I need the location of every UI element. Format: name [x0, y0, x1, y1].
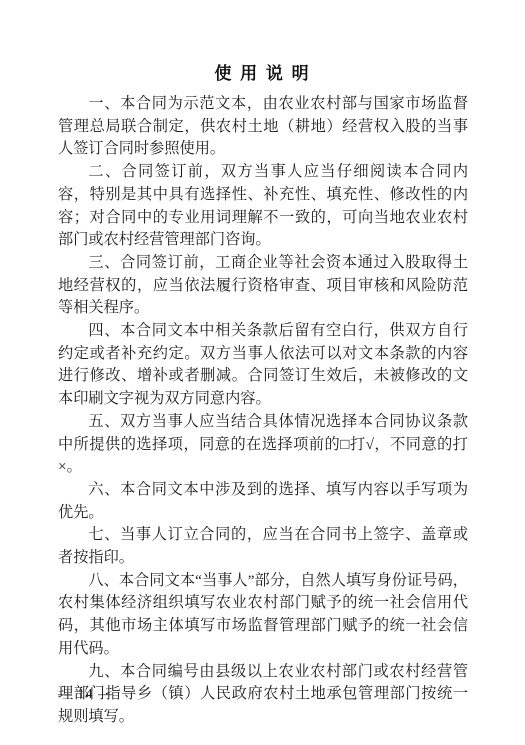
instruction-paragraph-2: 二、合同签订前，双方当事人应当仔细阅读本合同内容，特别是其中具有选择性、补充性、… — [58, 161, 468, 252]
instruction-paragraph-7: 七、当事人订立合同的，应当在合同书上签字、盖章或者按指印。 — [58, 524, 468, 569]
instruction-paragraph-4: 四、本合同文本中相关条款后留有空白行，供双方自行约定或者补充约定。双方当事人依法… — [58, 320, 468, 411]
instruction-paragraph-1: 一、本合同为示范文本，由农业农村部与国家市场监督管理总局联合制定，供农村土地（耕… — [58, 93, 468, 161]
page-number: — 14 — — [58, 687, 113, 703]
instruction-paragraph-8: 八、本合同文本“当事人”部分，自然人填写身份证号码，农村集体经济组织填写农业农村… — [58, 570, 468, 661]
instruction-paragraph-6: 六、本合同文本中涉及到的选择、填写内容以手写项为优先。 — [58, 479, 468, 524]
document-page: 使 用 说 明 一、本合同为示范文本，由农业农村部与国家市场监督管理总局联合制定… — [0, 0, 525, 745]
instruction-paragraph-5: 五、双方当事人应当结合具体情况选择本合同协议条款中所提供的选择项，同意的在选择项… — [58, 411, 468, 479]
instruction-paragraph-3: 三、合同签订前，工商企业等社会资本通过入股取得土地经营权的，应当依法履行资格审查… — [58, 252, 468, 320]
page-title: 使 用 说 明 — [0, 64, 525, 84]
document-body: 一、本合同为示范文本，由农业农村部与国家市场监督管理总局联合制定，供农村土地（耕… — [58, 93, 468, 729]
instruction-paragraph-9: 九、本合同编号由县级以上农业农村部门或农村经营管理部门指导乡（镇）人民政府农村土… — [58, 661, 468, 729]
